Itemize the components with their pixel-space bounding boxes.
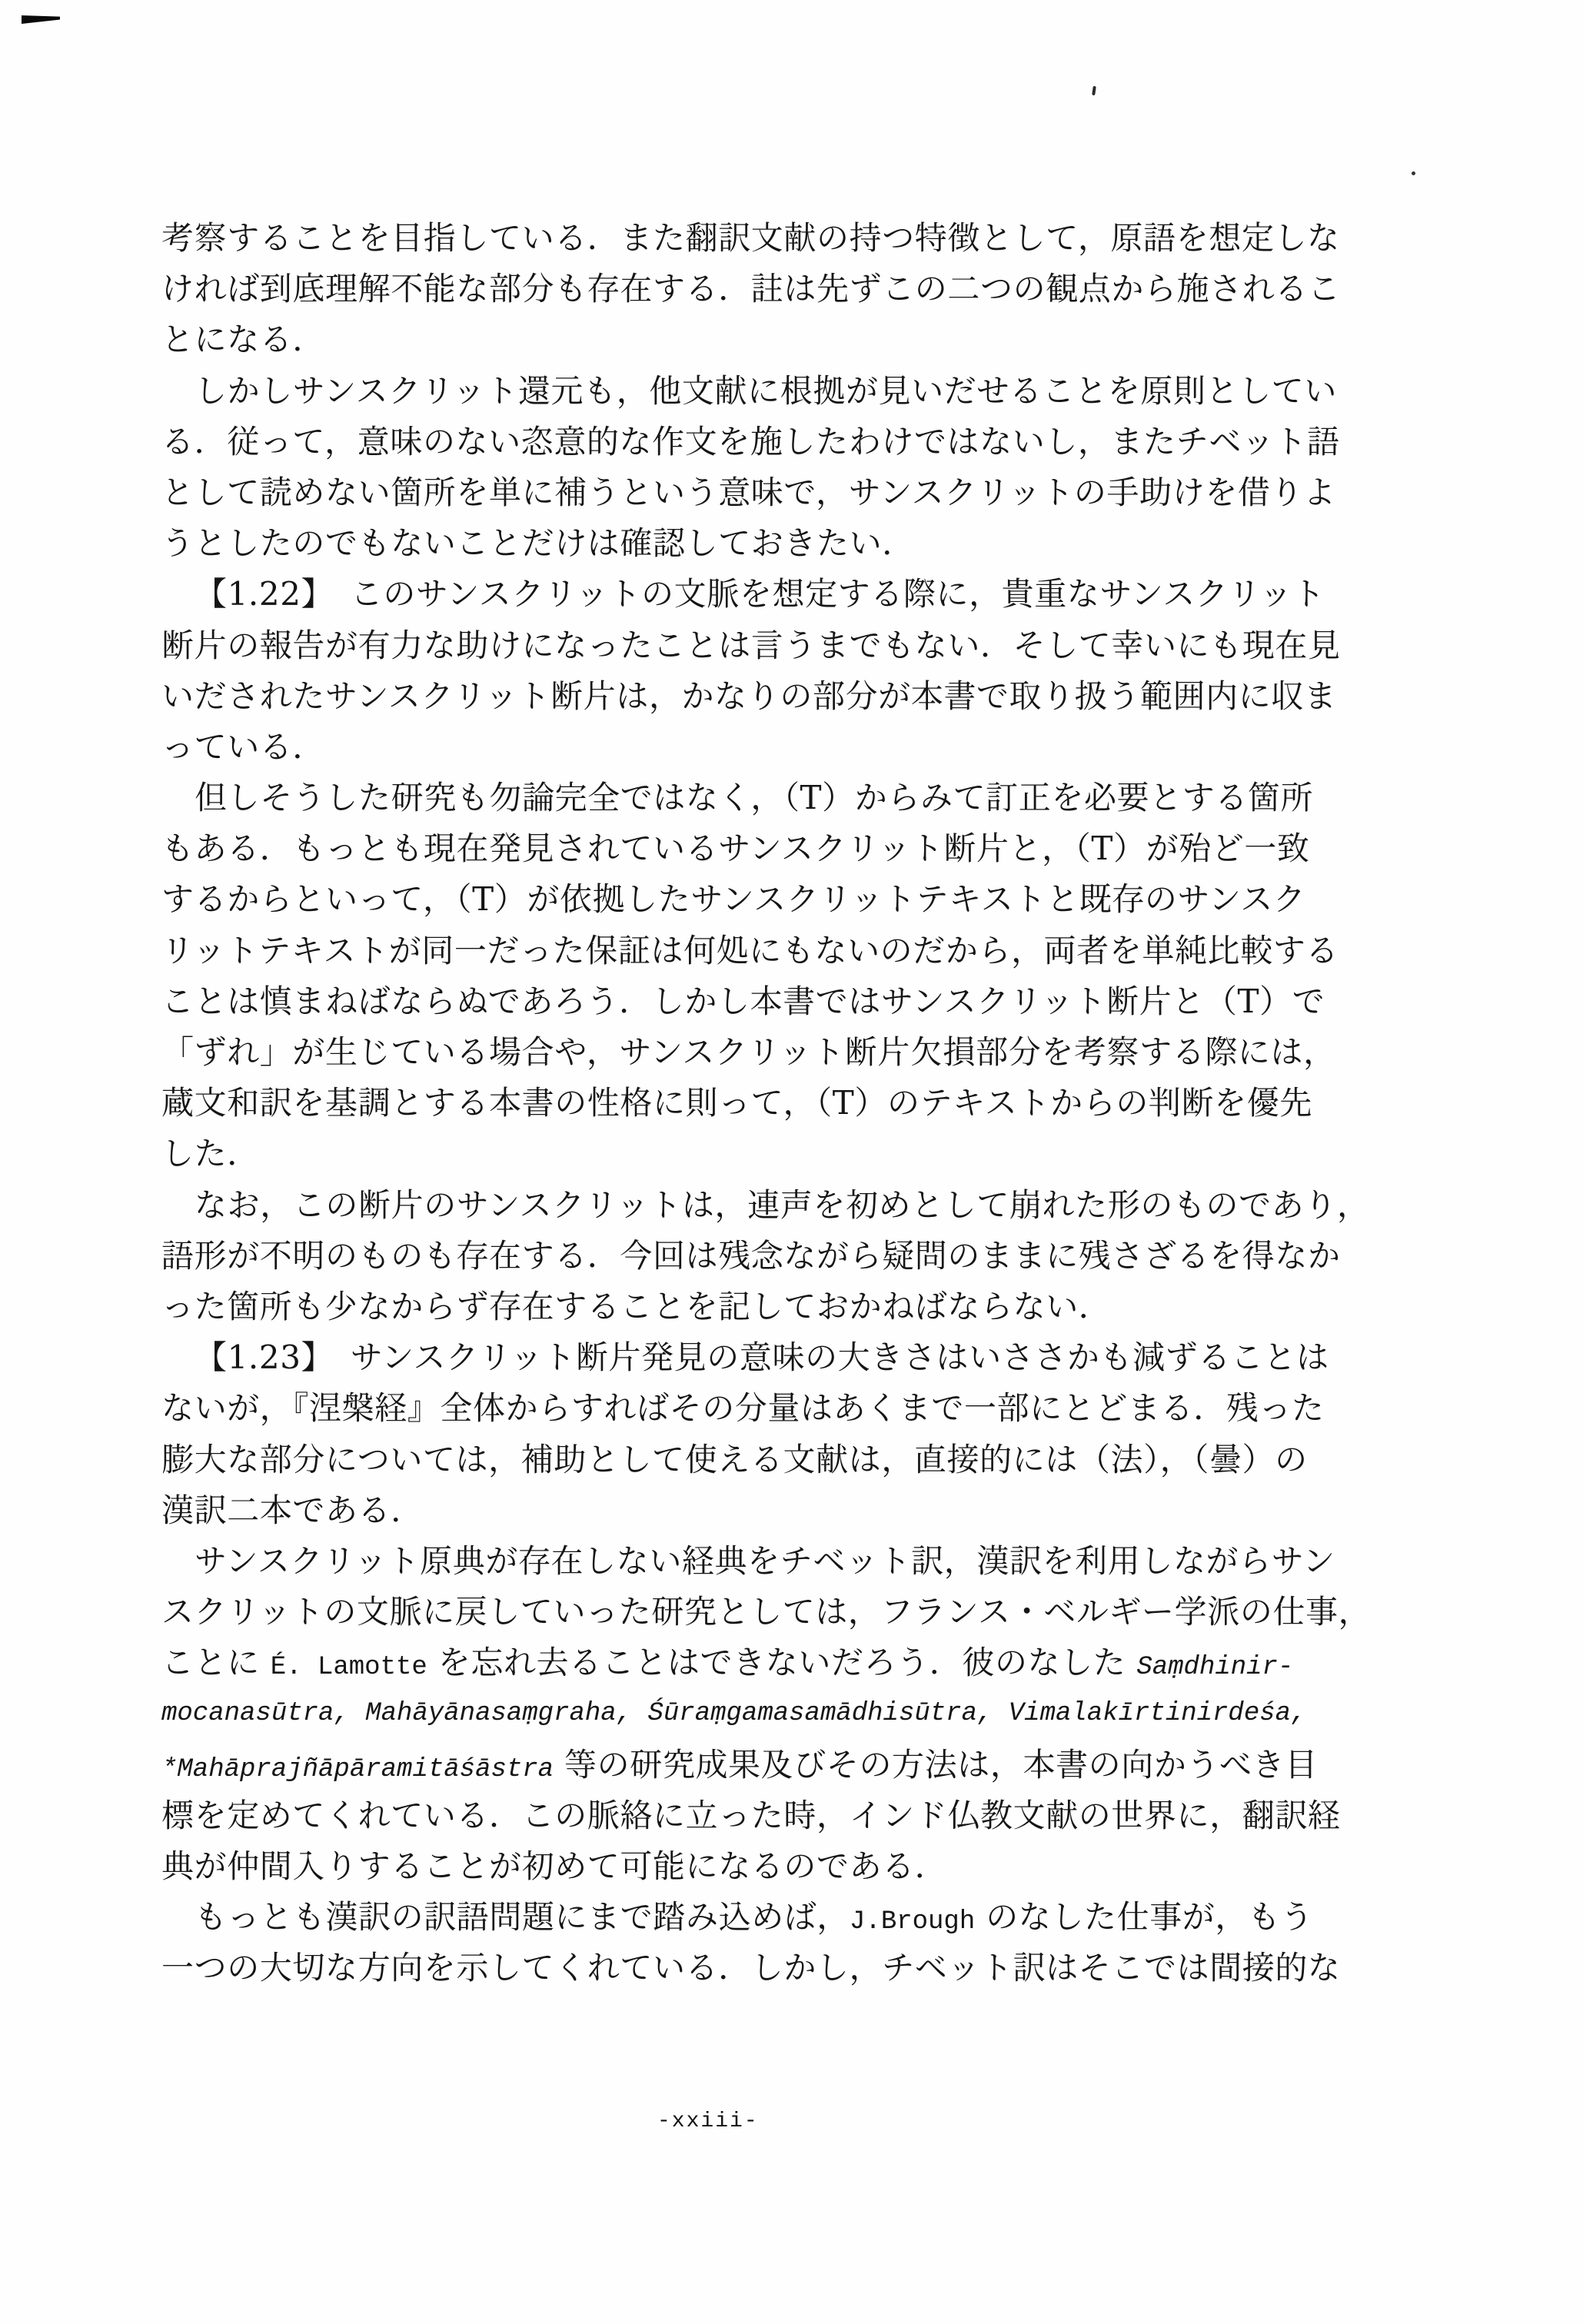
text-run: として読めない箇所を単に補うという意味で，サンスクリットの手助けを借りよ — [161, 474, 1336, 511]
scan-artifact-wedge — [22, 15, 60, 24]
text-run: 断片の報告が有力な助けになったことは言うまでもない．そして幸いにも現在見 — [161, 627, 1341, 664]
text-run: 【1.23】 サンスクリット断片発見の意味の大きさはいささかも減ずることは — [195, 1338, 1329, 1376]
text-line: 膨大な部分については，補助として使える文献は，直接的には（法），（曇）の — [161, 1435, 1392, 1485]
text-run: ければ到底理解不能な部分も存在する．註は先ずこの二つの観点から施されるこ — [161, 270, 1341, 308]
text-line: った箇所も少なからず存在することを記しておかねばならない． — [161, 1282, 1392, 1332]
text-run: 一つの大切な方向を示してくれている．しかし，チベット訳はそこでは間接的な — [161, 1949, 1341, 1987]
text-line-section-1-22: 【1.22】 このサンスクリットの文脈を想定する際に，貴重なサンスクリット — [161, 569, 1392, 620]
document-page: 考察することを目指している．また翻訳文献の持つ特徴として，原語を想定しな ければ… — [0, 0, 1583, 2324]
text-line: 漢訳二本である． — [161, 1485, 1392, 1536]
text-run: なお，この断片のサンスクリットは，連声を初めとして崩れた形のものであり， — [195, 1186, 1370, 1224]
text-run-italic-title: Saṃdhinir- — [1136, 1653, 1293, 1682]
text-line: 一つの大切な方向を示してくれている．しかし，チベット訳はそこでは間接的な — [161, 1943, 1392, 1993]
text-line: いだされたサンスクリット断片は，かなりの部分が本書で取り扱う範囲内に収ま — [161, 671, 1392, 722]
text-run: うとしたのでもないことだけは確認しておきたい． — [161, 524, 915, 562]
text-line: 考察することを目指している．また翻訳文献の持つ特徴として，原語を想定しな — [161, 213, 1392, 264]
text-run: 語形が不明のものも存在する．今回は残念ながら疑問のままに残さざるを得なか — [161, 1237, 1341, 1275]
text-run: ことは慎まねばならぬであろう．しかし本書ではサンスクリット断片と（T）で — [161, 982, 1325, 1020]
scan-speck-icon — [1092, 86, 1096, 95]
text-run: 典が仲間入りすることが初めて可能になるのである． — [161, 1847, 947, 1885]
text-line: サンスクリット原典が存在しない経典をチベット訳，漢訳を利用しながらサン — [161, 1536, 1392, 1587]
text-run: 【1.22】 このサンスクリットの文脈を想定する際に，貴重なサンスクリット — [195, 575, 1325, 613]
text-line: 標を定めてくれている．この脈絡に立った時，インド仏教文献の世界に，翻訳経 — [161, 1790, 1392, 1841]
text-run: っている． — [161, 728, 325, 766]
text-run-italic-title: *Mahāprajñāpāramitāśāstra — [161, 1755, 554, 1784]
text-line: ないが，『涅槃経』全体からすればその分量はあくまで一部にとどまる．残った — [161, 1383, 1392, 1434]
text-line: うとしたのでもないことだけは確認しておきたい． — [161, 518, 1392, 569]
text-run: る．従って，意味のない恣意的な作文を施したわけではないし，またチベット語 — [161, 423, 1340, 460]
page-footer: -xxiii- — [657, 2110, 759, 2133]
text-run: ないが，『涅槃経』全体からすればその分量はあくまで一部にとどまる．残った — [161, 1389, 1325, 1427]
text-line: 典が仲間入りすることが初めて可能になるのである． — [161, 1841, 1392, 1892]
scan-speck-icon — [1412, 171, 1415, 175]
text-line: なお，この断片のサンスクリットは，連声を初めとして崩れた形のものであり， — [161, 1180, 1392, 1231]
text-line: っている． — [161, 722, 1392, 773]
text-run: スクリットの文脈に戻していった研究としては，フランス・ベルギー学派の仕事， — [161, 1593, 1371, 1631]
text-run: ことに — [161, 1644, 271, 1681]
text-line: ことは慎まねばならぬであろう．しかし本書ではサンスクリット断片と（T）で — [161, 976, 1392, 1027]
page-text-block: 考察することを目指している．また翻訳文献の持つ特徴として，原語を想定しな ければ… — [161, 213, 1392, 1994]
text-line: *Mahāprajñāpāramitāśāstra 等の研究成果及びその方法は，… — [161, 1740, 1392, 1790]
text-run: 考察することを目指している．また翻訳文献の持つ特徴として，原語を想定しな — [161, 219, 1340, 257]
text-line: mocanasūtra, Mahāyānasaṃgraha, Śūraṃgama… — [161, 1688, 1392, 1739]
text-run-latin: J.Brough — [850, 1907, 975, 1937]
text-run: 但しそうした研究も勿論完全ではなく，（T）からみて訂正を必要とする箇所 — [195, 779, 1313, 816]
text-run: 「ずれ」が生じている場合や，サンスクリット断片欠損部分を考察する際には， — [161, 1033, 1336, 1071]
text-run: した． — [161, 1135, 260, 1172]
text-line: 「ずれ」が生じている場合や，サンスクリット断片欠損部分を考察する際には， — [161, 1027, 1392, 1078]
text-run: 蔵文和訳を基調とする本書の性格に則って，（T）のテキストからの判断を優先 — [161, 1084, 1312, 1122]
text-run: 漢訳二本である． — [161, 1491, 424, 1529]
text-line: 蔵文和訳を基調とする本書の性格に則って，（T）のテキストからの判断を優先 — [161, 1078, 1392, 1129]
text-line: ことに É. Lamotte を忘れ去ることはできないだろう．彼のなした Saṃ… — [161, 1637, 1392, 1688]
text-line: として読めない箇所を単に補うという意味で，サンスクリットの手助けを借りよ — [161, 467, 1392, 518]
text-run: った箇所も少なからず存在することを記しておかねばならない． — [161, 1288, 1111, 1325]
text-line: した． — [161, 1129, 1392, 1179]
text-run: しかしサンスクリット還元も，他文献に根拠が見いだせることを原則としてい — [195, 372, 1337, 410]
text-line-section-1-23: 【1.23】 サンスクリット断片発見の意味の大きさはいささかも減ずることは — [161, 1332, 1392, 1383]
text-run: 膨大な部分については，補助として使える文献は，直接的には（法），（曇）の — [161, 1441, 1308, 1478]
text-line: スクリットの文脈に戻していった研究としては，フランス・ベルギー学派の仕事， — [161, 1587, 1392, 1637]
text-run: のなした仕事が，もう — [975, 1898, 1313, 1936]
text-run: もある．もっとも現在発見されているサンスクリット断片と，（T）が殆ど一致 — [161, 830, 1310, 867]
text-run: サンスクリット原典が存在しない経典をチベット訳，漢訳を利用しながらサン — [195, 1542, 1335, 1580]
text-run: 等の研究成果及びその方法は，本書の向かうべき目 — [554, 1746, 1318, 1784]
text-line: 但しそうした研究も勿論完全ではなく，（T）からみて訂正を必要とする箇所 — [161, 773, 1392, 823]
text-run: を忘れ去ることはできないだろう．彼のなした — [427, 1644, 1137, 1681]
page-number: -xxiii- — [657, 2110, 759, 2133]
text-run: とになる． — [161, 321, 325, 358]
text-run: 標を定めてくれている．この脈絡に立った時，インド仏教文献の世界に，翻訳経 — [161, 1797, 1341, 1834]
text-line: とになる． — [161, 314, 1392, 365]
text-run: するからといって，（T）が依拠したサンスクリットテキストと既存のサンスク — [161, 880, 1306, 918]
text-run-italic-title: mocanasūtra, Mahāyānasaṃgraha, Śūraṃgama… — [161, 1699, 1306, 1728]
text-line: もっとも漢訳の訳語問題にまで踏み込めば，J.Brough のなした仕事が，もう — [161, 1892, 1392, 1943]
text-run-latin: É. Lamotte — [271, 1653, 427, 1682]
text-line: するからといって，（T）が依拠したサンスクリットテキストと既存のサンスク — [161, 874, 1392, 925]
text-line: もある．もっとも現在発見されているサンスクリット断片と，（T）が殆ど一致 — [161, 823, 1392, 874]
text-run: もっとも漢訳の訳語問題にまで踏み込めば， — [195, 1898, 850, 1936]
text-run: リットテキストが同一だった保証は何処にもないのだから，両者を単純比較する — [161, 932, 1339, 969]
text-line: る．従って，意味のない恣意的な作文を施したわけではないし，またチベット語 — [161, 417, 1392, 467]
text-line: 語形が不明のものも存在する．今回は残念ながら疑問のままに残さざるを得なか — [161, 1231, 1392, 1282]
text-run: いだされたサンスクリット断片は，かなりの部分が本書で取り扱う範囲内に収ま — [161, 677, 1337, 715]
text-line: 断片の報告が有力な助けになったことは言うまでもない．そして幸いにも現在見 — [161, 620, 1392, 671]
text-line: しかしサンスクリット還元も，他文献に根拠が見いだせることを原則としてい — [161, 366, 1392, 417]
text-line: リットテキストが同一だった保証は何処にもないのだから，両者を単純比較する — [161, 926, 1392, 976]
text-line: ければ到底理解不能な部分も存在する．註は先ずこの二つの観点から施されるこ — [161, 264, 1392, 314]
